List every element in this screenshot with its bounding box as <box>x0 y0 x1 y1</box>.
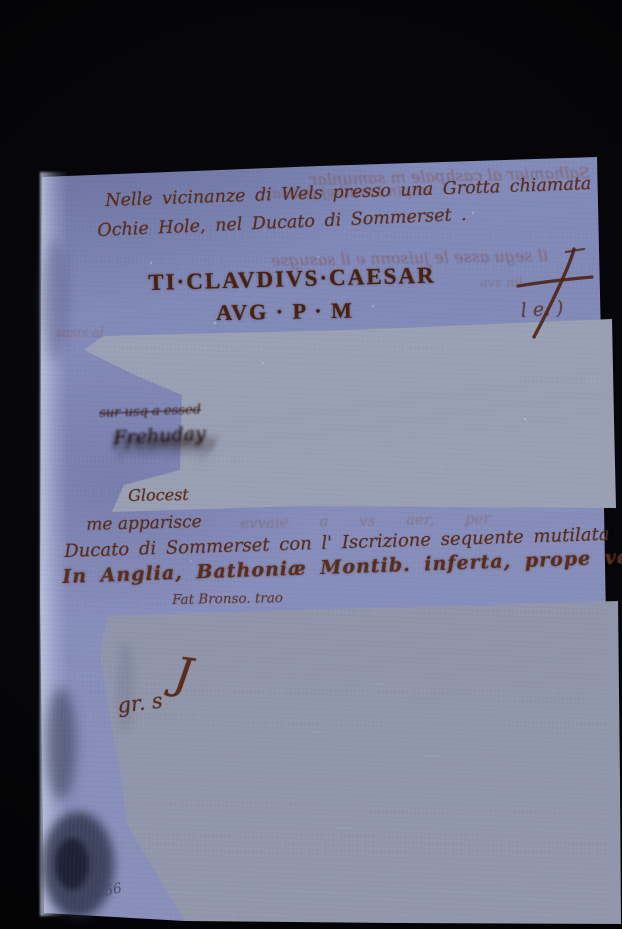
manuscript-photo: Salhamiar al cashpale m samunlar anpin l… <box>0 0 622 929</box>
bleedthrough-text: sasis al <box>56 326 104 341</box>
ink-stain <box>42 240 68 360</box>
cross-mark <box>512 243 600 343</box>
ink-stain <box>46 688 76 800</box>
body-gloucester: Glocest <box>128 485 189 505</box>
body-apparisce: me apparisce <box>86 512 202 535</box>
cut-script-mark: l e. ) <box>520 297 564 322</box>
paper-flecks <box>0 0 2 2</box>
body-anglia-interlinear: Fat Bronso. trao <box>172 590 283 608</box>
ink-stain <box>55 838 89 890</box>
inscription-line-2: AVG · P · M <box>216 298 354 326</box>
ink-stain <box>116 640 134 732</box>
